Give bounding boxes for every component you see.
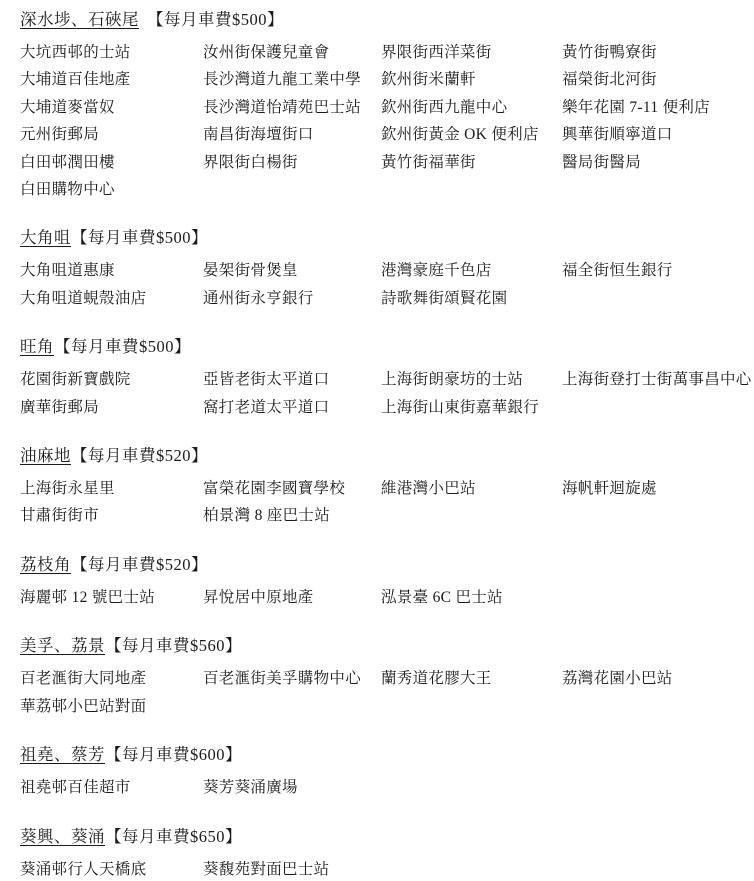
district-name: 祖堯、蔡芳 bbox=[20, 745, 105, 764]
district-section: 荔枝角【每月車費$520】海麗邨 12 號巴士站昇悅居中原地產泓景臺 6C 巴士… bbox=[20, 554, 748, 611]
location-cell: 欽州街西九龍中心 bbox=[381, 94, 562, 121]
district-fare: 【每月車費$520】 bbox=[71, 555, 208, 574]
location-cell: 荔灣花園小巴站 bbox=[562, 665, 748, 692]
location-row: 花園街新寶戲院亞皆老街太平道口上海街朗豪坊的士站上海街登打士街萬事昌中心 bbox=[20, 366, 748, 393]
location-cell: 葵涌邨行人天橋底 bbox=[20, 856, 203, 881]
location-cell: 維港灣小巴站 bbox=[381, 475, 562, 502]
location-cell: 廣華街郵局 bbox=[20, 394, 203, 421]
location-cell: 樂年花園 7-11 便利店 bbox=[562, 94, 748, 121]
location-cell: 百老滙街美孚購物中心 bbox=[203, 665, 381, 692]
location-cell bbox=[562, 502, 748, 529]
location-cell bbox=[562, 693, 748, 720]
district-sections-container: 深水埗、石硤尾【每月車費$500】大坑西邨的士站汝州街保護兒童會界限街西洋菜街黃… bbox=[20, 9, 748, 881]
location-cell: 甘肅街街市 bbox=[20, 502, 203, 529]
district-section: 旺角【每月車費$500】花園街新寶戲院亞皆老街太平道口上海街朗豪坊的士站上海街登… bbox=[20, 336, 748, 421]
location-cell: 汝州街保護兒童會 bbox=[203, 39, 381, 66]
district-fare: 【每月車費$650】 bbox=[105, 827, 242, 846]
location-cell: 百老滙街大同地產 bbox=[20, 665, 203, 692]
location-row: 廣華街郵局窩打老道太平道口上海街山東街嘉華銀行 bbox=[20, 394, 748, 421]
location-cell bbox=[203, 176, 381, 203]
location-cell: 上海街登打士街萬事昌中心 bbox=[562, 366, 752, 393]
location-row: 大坑西邨的士站汝州街保護兒童會界限街西洋菜街黃竹街鴨寮街 bbox=[20, 39, 748, 66]
district-name: 葵興、葵涌 bbox=[20, 827, 105, 846]
location-cell: 上海街永星里 bbox=[20, 475, 203, 502]
location-row: 華荔邨小巴站對面 bbox=[20, 693, 748, 720]
location-row: 大埔道百佳地產長沙灣道九龍工業中學欽州街米蘭軒福榮街北河街 bbox=[20, 66, 748, 93]
location-row: 大角咀道蜆殼油店通州街永亨銀行詩歌舞街頌賢花園 bbox=[20, 285, 748, 312]
location-cell: 亞皆老街太平道口 bbox=[203, 366, 381, 393]
location-cell: 上海街朗豪坊的士站 bbox=[381, 366, 562, 393]
district-name: 油麻地 bbox=[20, 446, 71, 465]
district-section: 葵興、葵涌【每月車費$650】葵涌邨行人天橋底葵馥苑對面巴士站 bbox=[20, 826, 748, 881]
location-cell: 海帆軒迴旋處 bbox=[562, 475, 748, 502]
location-cell: 柏景灣 8 座巴士站 bbox=[203, 502, 381, 529]
location-cell: 元州街郵局 bbox=[20, 121, 203, 148]
district-section: 深水埗、石硤尾【每月車費$500】大坑西邨的士站汝州街保護兒童會界限街西洋菜街黃… bbox=[20, 9, 748, 203]
location-cell: 海麗邨 12 號巴士站 bbox=[20, 584, 203, 611]
location-cell bbox=[381, 502, 562, 529]
district-fare: 【每月車費$500】 bbox=[147, 10, 284, 29]
location-cell: 醫局街醫局 bbox=[562, 149, 748, 176]
location-cell: 祖堯邨百佳超市 bbox=[20, 774, 203, 801]
location-cell: 長沙灣道怡靖苑巴士站 bbox=[203, 94, 381, 121]
location-row: 大角咀道惠康晏架街骨煲皇港灣豪庭千色店福全街恒生銀行 bbox=[20, 257, 748, 284]
district-title: 祖堯、蔡芳【每月車費$600】 bbox=[20, 744, 748, 766]
district-fare: 【每月車費$560】 bbox=[105, 636, 242, 655]
location-cell: 葵馥苑對面巴士站 bbox=[203, 856, 381, 881]
district-name: 大角咀 bbox=[20, 228, 71, 247]
fare-document-page: 深水埗、石硤尾【每月車費$500】大坑西邨的士站汝州街保護兒童會界限街西洋菜街黃… bbox=[0, 0, 754, 881]
location-cell: 黃竹街福華街 bbox=[381, 149, 562, 176]
location-cell bbox=[562, 394, 748, 421]
location-cell: 欽州街米蘭軒 bbox=[381, 66, 562, 93]
district-fare: 【每月車費$520】 bbox=[71, 446, 208, 465]
location-row: 甘肅街街市柏景灣 8 座巴士站 bbox=[20, 502, 748, 529]
location-cell: 晏架街骨煲皇 bbox=[203, 257, 381, 284]
district-name: 旺角 bbox=[20, 337, 54, 356]
location-cell: 蘭秀道花膠大王 bbox=[381, 665, 562, 692]
location-cell bbox=[381, 856, 562, 881]
location-cell bbox=[381, 774, 562, 801]
district-title: 荔枝角【每月車費$520】 bbox=[20, 554, 748, 576]
location-cell: 大埔道麥當奴 bbox=[20, 94, 203, 121]
location-cell: 大角咀道蜆殼油店 bbox=[20, 285, 203, 312]
location-cell: 欽州街黃金 OK 便利店 bbox=[381, 121, 562, 148]
district-name: 深水埗、石硤尾 bbox=[20, 10, 139, 29]
location-cell: 富榮花園李國寶學校 bbox=[203, 475, 381, 502]
district-title: 大角咀【每月車費$500】 bbox=[20, 227, 748, 249]
location-cell: 花園街新寶戲院 bbox=[20, 366, 203, 393]
location-row: 白田購物中心 bbox=[20, 176, 748, 203]
location-cell: 南昌街海壇街口 bbox=[203, 121, 381, 148]
location-cell: 詩歌舞街頌賢花園 bbox=[381, 285, 562, 312]
district-title: 美孚、荔景【每月車費$560】 bbox=[20, 635, 748, 657]
location-cell: 福全街恒生銀行 bbox=[562, 257, 748, 284]
district-section: 祖堯、蔡芳【每月車費$600】祖堯邨百佳超市葵芳葵涌廣場 bbox=[20, 744, 748, 801]
location-cell: 長沙灣道九龍工業中學 bbox=[203, 66, 381, 93]
location-cell: 華荔邨小巴站對面 bbox=[20, 693, 203, 720]
location-cell: 通州街永亨銀行 bbox=[203, 285, 381, 312]
district-section: 油麻地【每月車費$520】上海街永星里富榮花園李國寶學校維港灣小巴站海帆軒迴旋處… bbox=[20, 445, 748, 530]
location-cell bbox=[562, 285, 748, 312]
location-cell bbox=[562, 584, 748, 611]
district-section: 美孚、荔景【每月車費$560】百老滙街大同地產百老滙街美孚購物中心蘭秀道花膠大王… bbox=[20, 635, 748, 720]
location-row: 大埔道麥當奴長沙灣道怡靖苑巴士站欽州街西九龍中心樂年花園 7-11 便利店 bbox=[20, 94, 748, 121]
location-cell bbox=[562, 856, 748, 881]
location-cell bbox=[203, 693, 381, 720]
district-fare: 【每月車費$500】 bbox=[54, 337, 191, 356]
location-cell: 葵芳葵涌廣場 bbox=[203, 774, 381, 801]
location-cell bbox=[562, 774, 748, 801]
district-name: 荔枝角 bbox=[20, 555, 71, 574]
location-row: 白田邨潤田樓界限街白楊街黃竹街福華街醫局街醫局 bbox=[20, 149, 748, 176]
location-cell: 昇悅居中原地產 bbox=[203, 584, 381, 611]
location-cell: 窩打老道太平道口 bbox=[203, 394, 381, 421]
location-cell: 福榮街北河街 bbox=[562, 66, 748, 93]
location-cell: 上海街山東街嘉華銀行 bbox=[381, 394, 562, 421]
location-row: 元州街郵局南昌街海壇街口欽州街黃金 OK 便利店興華街順寧道口 bbox=[20, 121, 748, 148]
location-cell bbox=[562, 176, 748, 203]
location-cell: 港灣豪庭千色店 bbox=[381, 257, 562, 284]
district-title: 葵興、葵涌【每月車費$650】 bbox=[20, 826, 748, 848]
location-row: 祖堯邨百佳超市葵芳葵涌廣場 bbox=[20, 774, 748, 801]
location-cell: 泓景臺 6C 巴士站 bbox=[381, 584, 562, 611]
district-title: 油麻地【每月車費$520】 bbox=[20, 445, 748, 467]
location-cell: 大角咀道惠康 bbox=[20, 257, 203, 284]
location-cell: 大埔道百佳地產 bbox=[20, 66, 203, 93]
location-cell: 黃竹街鴨寮街 bbox=[562, 39, 748, 66]
location-cell: 界限街西洋菜街 bbox=[381, 39, 562, 66]
location-cell: 白田邨潤田樓 bbox=[20, 149, 203, 176]
location-cell: 興華街順寧道口 bbox=[562, 121, 748, 148]
location-row: 百老滙街大同地產百老滙街美孚購物中心蘭秀道花膠大王荔灣花園小巴站 bbox=[20, 665, 748, 692]
district-fare: 【每月車費$500】 bbox=[71, 228, 208, 247]
location-cell: 大坑西邨的士站 bbox=[20, 39, 203, 66]
district-section: 大角咀【每月車費$500】大角咀道惠康晏架街骨煲皇港灣豪庭千色店福全街恒生銀行大… bbox=[20, 227, 748, 312]
location-row: 葵涌邨行人天橋底葵馥苑對面巴士站 bbox=[20, 856, 748, 881]
location-cell: 界限街白楊街 bbox=[203, 149, 381, 176]
location-cell bbox=[381, 693, 562, 720]
location-cell: 白田購物中心 bbox=[20, 176, 203, 203]
location-row: 上海街永星里富榮花園李國寶學校維港灣小巴站海帆軒迴旋處 bbox=[20, 475, 748, 502]
district-name: 美孚、荔景 bbox=[20, 636, 105, 655]
location-row: 海麗邨 12 號巴士站昇悅居中原地產泓景臺 6C 巴士站 bbox=[20, 584, 748, 611]
district-title: 旺角【每月車費$500】 bbox=[20, 336, 748, 358]
location-cell bbox=[381, 176, 562, 203]
district-fare: 【每月車費$600】 bbox=[105, 745, 242, 764]
district-title: 深水埗、石硤尾【每月車費$500】 bbox=[20, 9, 748, 31]
